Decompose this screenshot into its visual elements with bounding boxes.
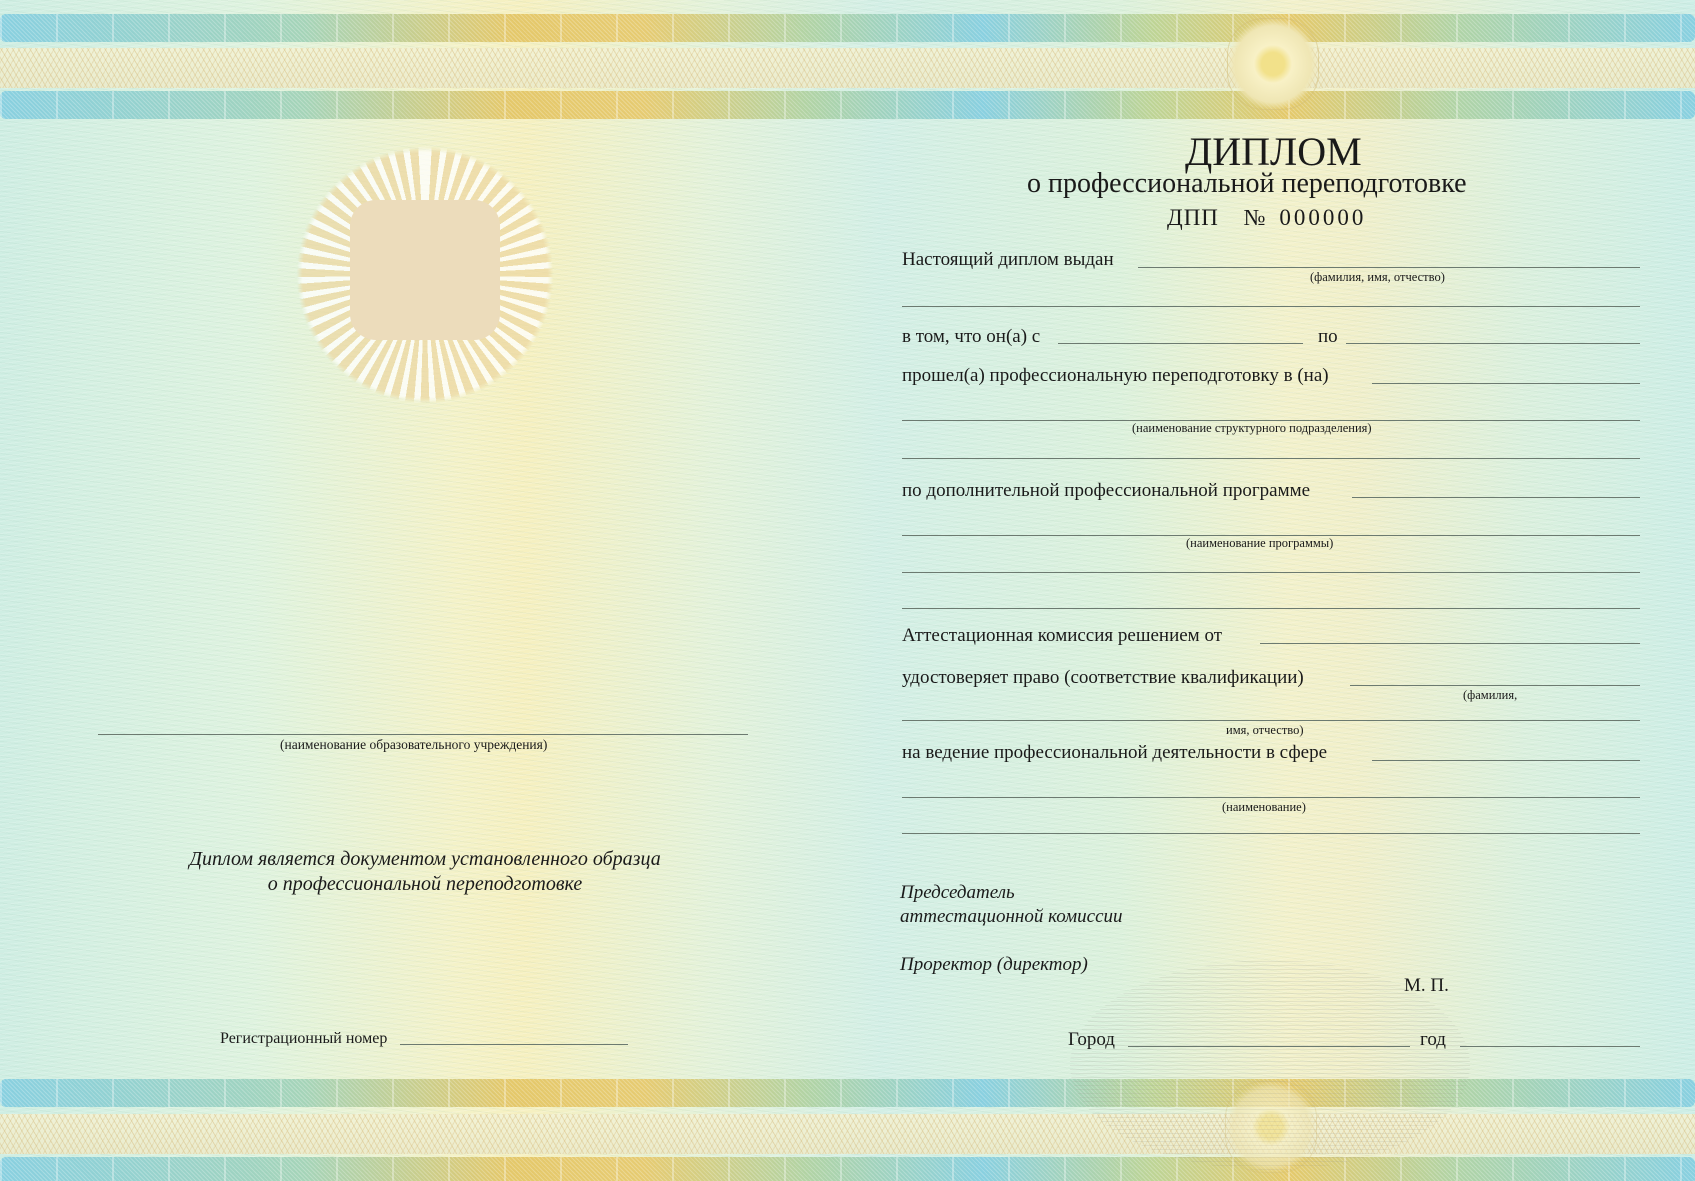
- seal-label: М. П.: [1404, 975, 1449, 997]
- registration-number-label: Регистрационный номер: [220, 1030, 387, 1048]
- period-to-label: по: [1318, 326, 1338, 348]
- period-from-field[interactable]: [1058, 343, 1303, 344]
- top-guilloche-border: [0, 0, 1695, 120]
- border-pattern: [0, 48, 1695, 88]
- completed-label: прошел(а) профессиональную переподготовк…: [902, 365, 1329, 387]
- city-label: Город: [1068, 1029, 1115, 1051]
- program-field-extra-2[interactable]: [902, 608, 1640, 609]
- number-value: 000000: [1279, 205, 1366, 230]
- chairman-title-line-2: аттестационной комиссии: [900, 906, 1123, 928]
- border-pattern: [0, 1114, 1695, 1154]
- activity-caption: (наименование): [1222, 800, 1306, 815]
- issued-to-label: Настоящий диплом выдан: [902, 249, 1114, 271]
- series-label: ДПП: [1167, 205, 1219, 230]
- document-number: ДПП № 000000: [1167, 205, 1366, 231]
- issued-to-caption: (фамилия, имя, отчество): [1310, 270, 1445, 285]
- border-band: [0, 14, 1695, 42]
- statement-line-1: Диплом является документом установленног…: [0, 848, 850, 871]
- statement-line-2: о профессиональной переподготовке: [0, 873, 850, 896]
- commission-date-field[interactable]: [1260, 643, 1640, 644]
- emblem-placeholder: [350, 200, 500, 340]
- border-band: [0, 91, 1695, 119]
- program-field[interactable]: [1352, 497, 1640, 498]
- document-subtitle: о профессиональной переподготовке: [1027, 168, 1467, 200]
- medallion-icon: [1227, 18, 1319, 110]
- qualification-field[interactable]: [1350, 685, 1640, 686]
- certifies-label: удостоверяет право (соответствие квалифи…: [902, 667, 1304, 689]
- qualification-field-continued[interactable]: [902, 720, 1640, 721]
- activity-field[interactable]: [1372, 760, 1640, 761]
- program-caption: (наименование программы): [1186, 536, 1333, 551]
- activity-field-continued[interactable]: [902, 797, 1640, 798]
- registration-number-field[interactable]: [400, 1044, 628, 1045]
- chairman-title-line-1: Председатель: [900, 882, 1015, 904]
- year-field[interactable]: [1460, 1046, 1640, 1047]
- issued-to-field-continued[interactable]: [902, 306, 1640, 307]
- subdivision-field-extra[interactable]: [902, 458, 1640, 459]
- institution-name-line[interactable]: [98, 734, 748, 735]
- certifies-caption-2: имя, отчество): [1226, 723, 1304, 738]
- year-label: год: [1420, 1029, 1446, 1051]
- activity-label: на ведение профессиональной деятельности…: [902, 742, 1327, 764]
- program-field-extra-1[interactable]: [902, 572, 1640, 573]
- rector-title: Проректор (директор): [900, 954, 1088, 976]
- period-from-label: в том, что он(а) с: [902, 326, 1040, 348]
- institution-caption: (наименование образовательного учреждени…: [280, 737, 547, 753]
- certifies-caption-1: (фамилия,: [1463, 688, 1517, 703]
- subdivision-field[interactable]: [1372, 383, 1640, 384]
- commission-label: Аттестационная комиссия решением от: [902, 625, 1222, 647]
- border-band: [0, 1157, 1695, 1181]
- program-label: по дополнительной профессиональной прогр…: [902, 480, 1310, 502]
- period-to-field[interactable]: [1346, 343, 1640, 344]
- number-sign: №: [1244, 205, 1267, 230]
- subdivision-caption: (наименование структурного подразделения…: [1132, 421, 1372, 436]
- city-field[interactable]: [1128, 1046, 1410, 1047]
- activity-field-extra[interactable]: [902, 833, 1640, 834]
- issued-to-field[interactable]: [1138, 267, 1640, 268]
